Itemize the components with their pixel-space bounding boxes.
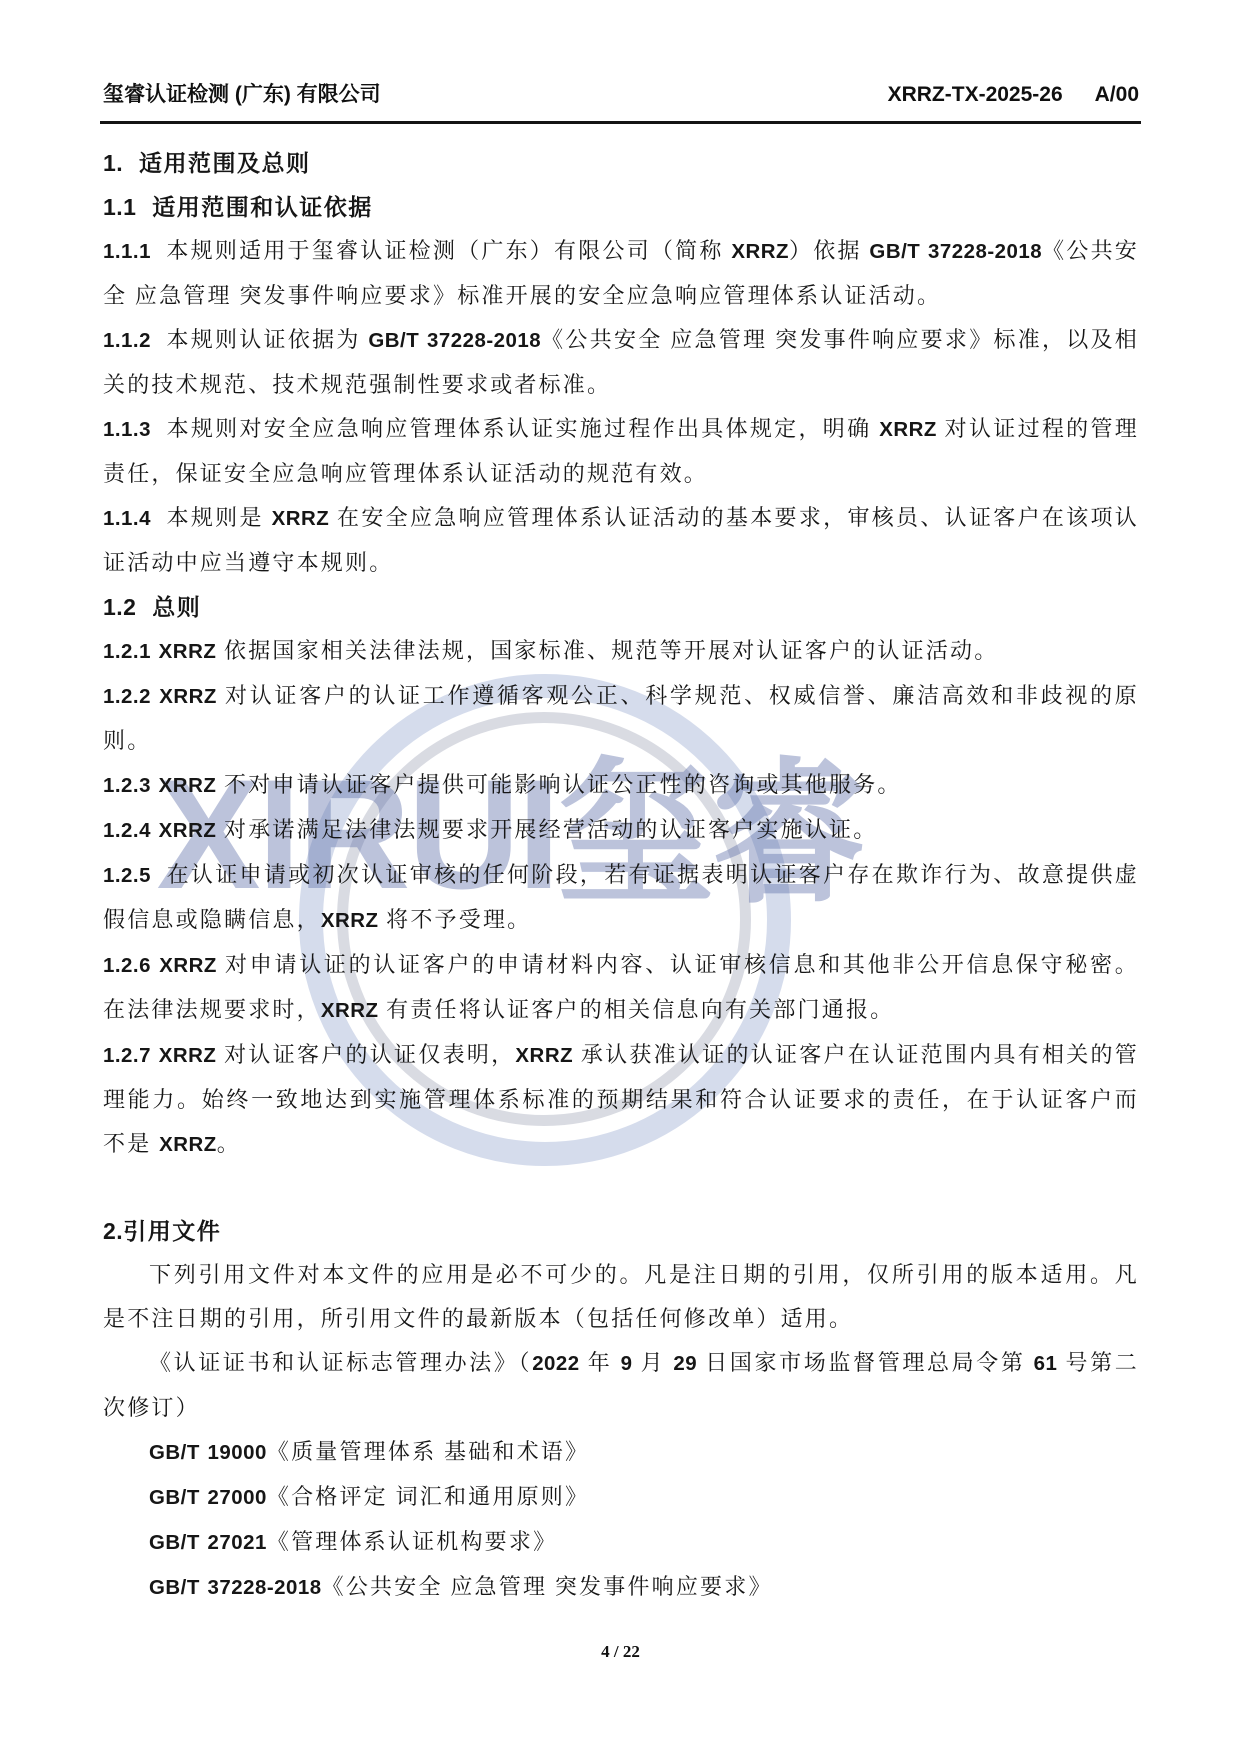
paragraph: 1.1.3 本规则对安全应急响应管理体系认证实施过程作出具体规定，明确 XRRZ… xyxy=(103,407,1139,496)
paragraph: 1.2.1 XRRZ 依据国家相关法律法规，国家标准、规范等开展对认证客户的认证… xyxy=(103,629,1139,674)
latin-run: XRRZ xyxy=(272,507,330,530)
latin-run: 27000 xyxy=(208,1486,267,1509)
doc-revision: A/00 xyxy=(1095,83,1139,106)
latin-run: XRRZ xyxy=(159,685,217,708)
section-heading: 1. 适用范围及总则 xyxy=(103,141,1139,185)
paragraph: 1.2.5 在认证申请或初次认证审核的任何阶段，若有证据表明认证客户存在欺诈行为… xyxy=(103,853,1139,943)
latin-run: 1.2.7 xyxy=(103,1044,151,1067)
latin-run: 1.1.2 xyxy=(103,329,151,352)
reference-item: GB/T 27000《合格评定 词汇和通用原则》 xyxy=(103,1475,1139,1520)
section-heading: 1.1 适用范围和认证依据 xyxy=(103,185,1139,229)
latin-run: 2022 xyxy=(532,1352,579,1375)
latin-run: GB/T xyxy=(368,329,419,352)
latin-run: GB/T xyxy=(149,1441,200,1464)
latin-run: GB/T xyxy=(149,1486,200,1509)
latin-run: 2. xyxy=(103,1218,123,1244)
paragraph: 1.2.7 XRRZ 对认证客户的认证仅表明，XRRZ 承认获准认证的认证客户在… xyxy=(103,1033,1139,1167)
doc-code: XRRZ-TX-2025-26 xyxy=(888,83,1063,106)
latin-run: XRRZ xyxy=(159,640,217,663)
latin-run: 19000 xyxy=(208,1441,267,1464)
latin-run: 37228-2018 xyxy=(208,1576,322,1599)
latin-run: XRRZ xyxy=(879,418,937,441)
paragraph: 1.2.6 XRRZ 对申请认证的认证客户的申请材料内容、认证审核信息和其他非公… xyxy=(103,943,1139,1033)
header-rule xyxy=(100,121,1141,124)
latin-run: 1.1.3 xyxy=(103,418,151,441)
latin-run: 9 xyxy=(621,1352,633,1375)
doc-code-group: XRRZ-TX-2025-26A/00 xyxy=(888,82,1139,108)
latin-run: XRRZ xyxy=(515,1044,573,1067)
latin-run: 61 xyxy=(1034,1352,1058,1375)
paragraph: 《认证证书和认证标志管理办法》（2022 年 9 月 29 日国家市场监督管理总… xyxy=(103,1341,1139,1430)
latin-run: 1.2.5 xyxy=(103,864,151,887)
section-heading: 1.2 总则 xyxy=(103,585,1139,629)
paragraph: 1.1.1 本规则适用于玺睿认证检测（广东）有限公司（简称 XRRZ）依据 GB… xyxy=(103,229,1139,318)
latin-run: 1.2.3 xyxy=(103,774,151,797)
page-number: 4 / 22 xyxy=(0,1640,1241,1664)
latin-run: 1.2.4 xyxy=(103,819,151,842)
reference-item: GB/T 37228-2018《公共安全 应急管理 突发事件响应要求》 xyxy=(103,1565,1139,1610)
latin-run: 1.2.2 xyxy=(103,685,151,708)
reference-item: GB/T 27021《管理体系认证机构要求》 xyxy=(103,1520,1139,1565)
latin-run: XRRZ xyxy=(159,1133,217,1156)
paragraph: 1.1.4 本规则是 XRRZ 在安全应急响应管理体系认证活动的基本要求，审核员… xyxy=(103,496,1139,585)
latin-run: 1.2.6 xyxy=(103,954,151,977)
latin-run: 27021 xyxy=(208,1531,267,1554)
latin-run: GB/T xyxy=(149,1576,200,1599)
latin-run: GB/T xyxy=(869,240,920,263)
paragraph: 1.1.2 本规则认证依据为 GB/T 37228-2018《公共安全 应急管理… xyxy=(103,318,1139,407)
reference-item: GB/T 19000《质量管理体系 基础和术语》 xyxy=(103,1430,1139,1475)
latin-run: 29 xyxy=(673,1352,697,1375)
latin-run: XRRZ xyxy=(731,240,789,263)
latin-run: XRRZ xyxy=(159,774,217,797)
paragraph: 下列引用文件对本文件的应用是必不可少的。凡是注日期的引用，仅所引用的版本适用。凡… xyxy=(103,1253,1139,1341)
paragraph: 1.2.3 XRRZ 不对申请认证客户提供可能影响认证公正性的咨询或其他服务。 xyxy=(103,763,1139,808)
latin-run: XRRZ xyxy=(159,954,217,977)
latin-run: 1. xyxy=(103,150,123,176)
latin-run: 1.2 xyxy=(103,594,136,620)
latin-run: GB/T xyxy=(149,1531,200,1554)
latin-run: XRRZ xyxy=(159,819,217,842)
latin-run: XRRZ xyxy=(321,999,379,1022)
paragraph: 1.2.4 XRRZ 对承诺满足法律法规要求开展经营活动的认证客户实施认证。 xyxy=(103,808,1139,853)
document-page: XIRUI玺睿 玺睿认证检测 (广东) 有限公司 XRRZ-TX-2025-26… xyxy=(0,0,1241,1754)
latin-run: 1.2.1 xyxy=(103,640,151,663)
latin-run: XRRZ xyxy=(159,1044,217,1067)
document-body: 1. 适用范围及总则1.1 适用范围和认证依据1.1.1 本规则适用于玺睿认证检… xyxy=(103,141,1139,1610)
latin-run: XRRZ xyxy=(321,909,379,932)
latin-run: 37228-2018 xyxy=(928,240,1042,263)
section-heading: 2.引用文件 xyxy=(103,1209,1139,1253)
latin-run: 1.1.1 xyxy=(103,240,151,263)
latin-run: 1.1 xyxy=(103,194,136,220)
paragraph: 1.2.2 XRRZ 对认证客户的认证工作遵循客观公正、科学规范、权威信誉、廉洁… xyxy=(103,674,1139,763)
company-name: 玺睿认证检测 (广东) 有限公司 xyxy=(103,82,381,108)
latin-run: 1.1.4 xyxy=(103,507,151,530)
document-header: 玺睿认证检测 (广东) 有限公司 XRRZ-TX-2025-26A/00 xyxy=(103,82,1139,108)
latin-run: 37228-2018 xyxy=(427,329,541,352)
